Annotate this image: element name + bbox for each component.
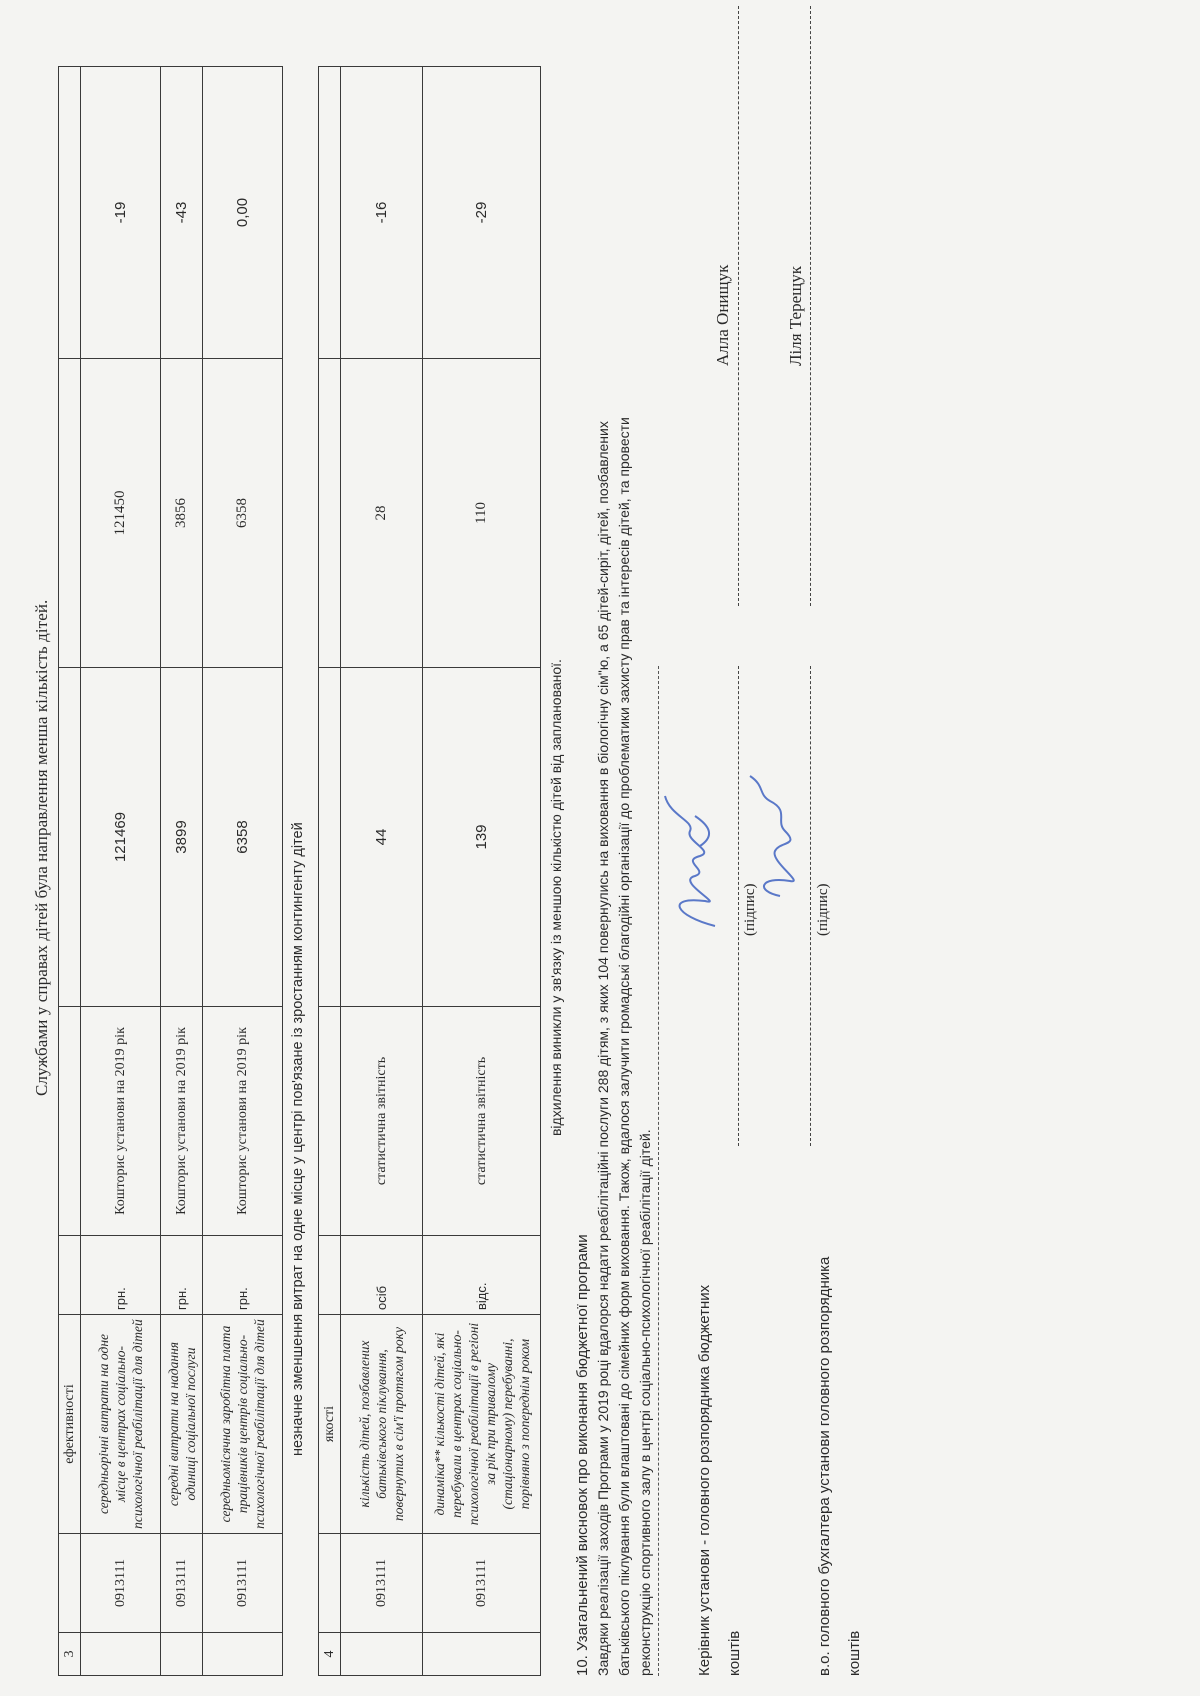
row-name: динаміка** кількості дітей, які перебува… <box>423 1315 541 1534</box>
row-planned: 3899 <box>161 668 203 1007</box>
row-deviation: -43 <box>161 67 203 359</box>
table-row: 0913111 середньорічні витрати на одне мі… <box>81 67 161 1676</box>
row-unit: грн. <box>203 1236 283 1315</box>
row-unit: грн. <box>161 1236 203 1315</box>
conclusion-line: Завдяки реалізації заходів Програми у 20… <box>593 36 614 1676</box>
table-section-header: 3 ефективності <box>59 67 81 1676</box>
row-deviation: -19 <box>81 67 161 359</box>
row-deviation: 0,00 <box>203 67 283 359</box>
table-row: 0913111 середні витрати на надання одини… <box>161 67 203 1676</box>
signature-line <box>738 666 739 1146</box>
row-code: 0913111 <box>161 1534 203 1633</box>
section-title: ефективності <box>59 1315 81 1534</box>
row-source: Кошторис установи на 2019 рік <box>203 1007 283 1236</box>
row-unit: відс. <box>423 1236 541 1315</box>
signatory-role-head: Керівник установи - головного розпорядни… <box>690 1236 750 1676</box>
conclusion-line: реконструкцію спортивного залу в центрі … <box>635 36 656 1676</box>
row-source: статистична звітність <box>341 1007 423 1236</box>
row-deviation: -29 <box>423 67 541 359</box>
row-name: середньорічні витрати на одне місце в це… <box>81 1315 161 1534</box>
caption-top: Службами у справах дітей була направленн… <box>32 600 52 1096</box>
row-actual: 110 <box>423 359 541 668</box>
row-actual: 6358 <box>203 359 283 668</box>
row-source: статистична звітність <box>423 1007 541 1236</box>
table-row: 0913111 середньомісячна заробітна плата … <box>203 67 283 1676</box>
handwritten-signature-icon <box>740 766 810 906</box>
quality-table: 4 якості 0913111 кількість дітей, позбав… <box>318 66 541 1676</box>
row-planned: 139 <box>423 668 541 1007</box>
efficiency-explanation: незначне зменшення витрат на одне місце … <box>290 822 306 1456</box>
row-planned: 6358 <box>203 668 283 1007</box>
table-row: 0913111 динаміка** кількості дітей, які … <box>423 67 541 1676</box>
section-number: 4 <box>319 1633 341 1676</box>
conclusion-line: батьківського піклування були влаштовані… <box>614 36 635 1676</box>
row-code: 0913111 <box>341 1534 423 1633</box>
efficiency-table: 3 ефективності 0913111 середньорічні вит… <box>58 66 283 1676</box>
signatory-name-accountant: Ліля Терещук <box>786 266 806 366</box>
name-line <box>738 6 739 606</box>
signatory-name-head: Алла Онищук <box>713 265 733 366</box>
row-source: Кошторис установи на 2019 рік <box>161 1007 203 1236</box>
row-deviation: -16 <box>341 67 423 359</box>
row-code: 0913111 <box>203 1534 283 1633</box>
quality-explanation: відхилення виникли у зв'язку із меншою к… <box>548 659 564 1136</box>
section-number: 3 <box>59 1633 81 1676</box>
row-actual: 28 <box>341 359 423 668</box>
table-section-header: 4 якості <box>319 67 341 1676</box>
section-10-title: 10. Узагальнений висновок про виконання … <box>572 36 593 1676</box>
handwritten-signature-icon <box>655 786 735 936</box>
signature-line <box>810 666 811 1146</box>
document-page: Службами у справах дітей була направленн… <box>0 0 1200 1696</box>
row-code: 0913111 <box>81 1534 161 1633</box>
row-actual: 121450 <box>81 359 161 668</box>
section-10-conclusion: 10. Узагальнений висновок про виконання … <box>572 36 659 1676</box>
table-row: 0913111 кількість дітей, позбавлених бат… <box>341 67 423 1676</box>
name-line <box>810 6 811 606</box>
row-unit: грн. <box>81 1236 161 1315</box>
row-name: середньомісячна заробітна плата працівни… <box>203 1315 283 1534</box>
row-unit: осіб <box>341 1236 423 1315</box>
row-planned: 44 <box>341 668 423 1007</box>
row-name: кількість дітей, позбавлених батьківсько… <box>341 1315 423 1534</box>
signature-caption: (підпис) <box>815 883 832 936</box>
row-actual: 3856 <box>161 359 203 668</box>
row-code: 0913111 <box>423 1534 541 1633</box>
row-source: Кошторис установи на 2019 рік <box>81 1007 161 1236</box>
row-planned: 121469 <box>81 668 161 1007</box>
signatory-role-accountant: в.о. головного бухгалтера установи голов… <box>810 1236 870 1676</box>
row-name: середні витрати на надання одиниці соціа… <box>161 1315 203 1534</box>
section-title: якості <box>319 1315 341 1534</box>
